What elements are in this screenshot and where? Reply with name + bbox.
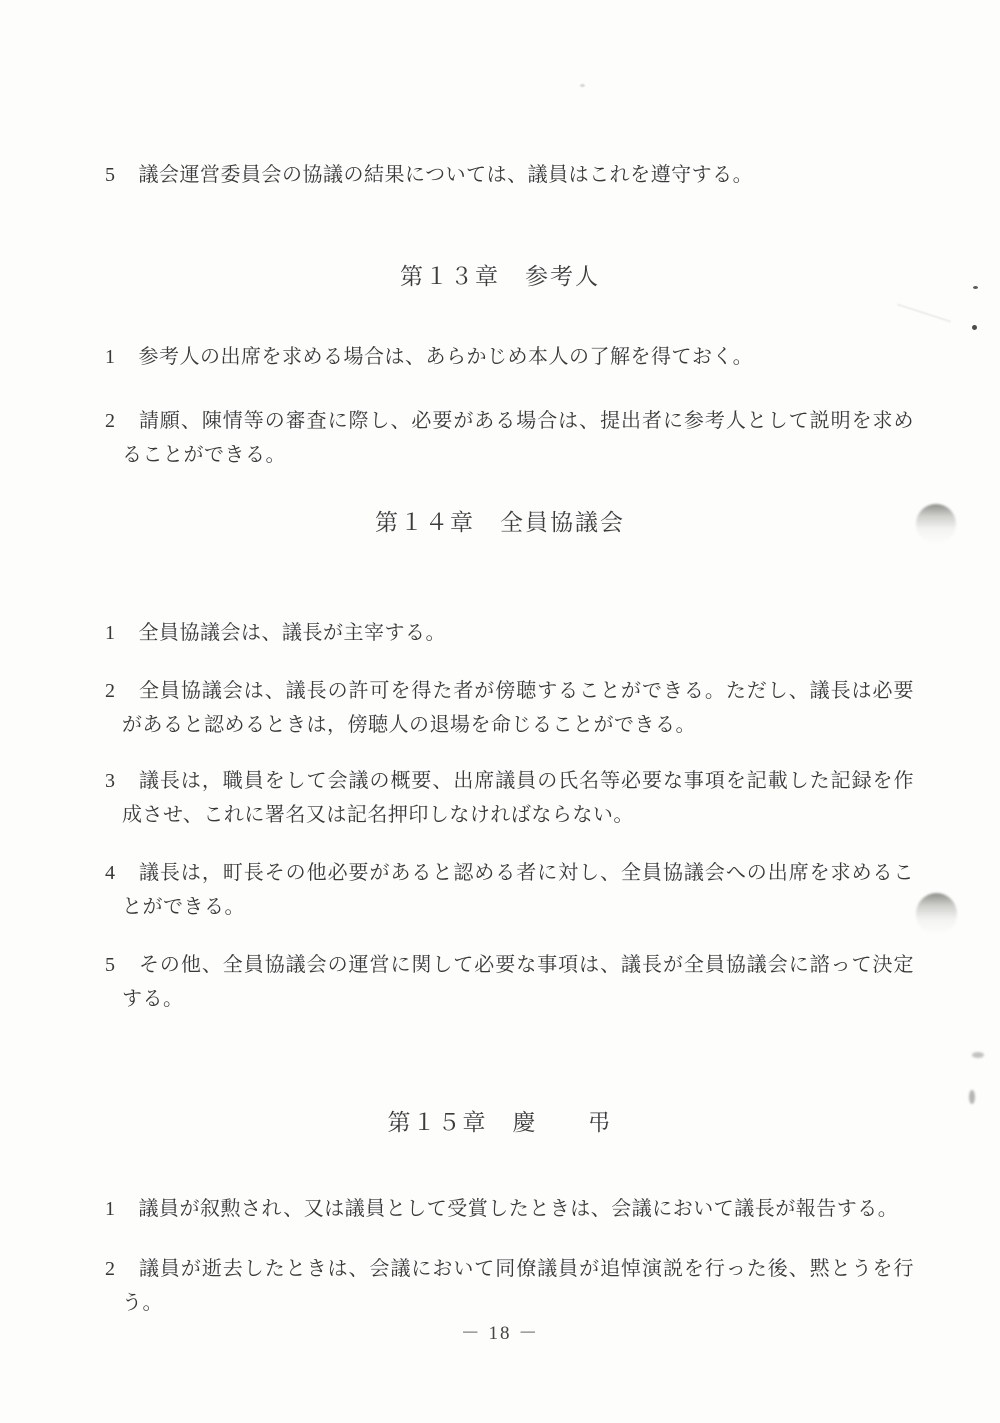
punch-hole-shadow-top: [916, 504, 956, 544]
scan-speck: [972, 325, 977, 330]
scan-speck: [580, 84, 585, 87]
item-text: その他、全員協議会の運営に関して必要な事項は、議長が全員協議会に諮って決定する。: [122, 954, 914, 1010]
item-number: 1: [105, 622, 116, 644]
paragraph-ch15-item2: 2議員が逝去したときは、会議において同僚議員が追悼演説を行った後、黙とうを行う。: [105, 1252, 914, 1320]
item-number: 3: [105, 770, 116, 792]
chapter-14-title: 第１４章 全員協議会: [0, 504, 1000, 537]
item-number: 1: [105, 1198, 116, 1220]
paragraph-ch15-item1: 1議員が叙勲され、又は議員として受賞したときは、会議において議長が報告する。: [105, 1192, 914, 1226]
chapter-15-title: 第１５章 慶 弔: [0, 1104, 1000, 1137]
scan-smudge: [972, 1052, 984, 1058]
page-number: － 18 －: [0, 1318, 1000, 1345]
item-number: 5: [105, 164, 116, 186]
item-text: 参考人の出席を求める場合は、あらかじめ本人の了解を得ておく。: [139, 346, 754, 368]
item-text: 議長は，町長その他必要があると認める者に対し、全員協議会への出席を求めることがで…: [122, 862, 914, 918]
item-text: 全員協議会は、議長の許可を得た者が傍聴することができる。ただし、議長は必要がある…: [122, 680, 914, 736]
paragraph-ch14-item3: 3議長は，職員をして会議の概要、出席議員の氏名等必要な事項を記載した記録を作成さ…: [105, 764, 914, 832]
punch-hole-shadow-bottom: [916, 893, 957, 935]
item-text: 議員が逝去したときは、会議において同僚議員が追悼演説を行った後、黙とうを行う。: [122, 1258, 914, 1314]
item-text: 議会運営委員会の協議の結果については、議員はこれを遵守する。: [139, 164, 754, 186]
paragraph-ch14-item1: 1全員協議会は、議長が主宰する。: [105, 616, 914, 650]
item-text: 請願、陳情等の審査に際し、必要がある場合は、提出者に参考人として説明を求めること…: [122, 410, 914, 466]
paragraph-ch13-item1: 1参考人の出席を求める場合は、あらかじめ本人の了解を得ておく。: [105, 340, 914, 374]
item-text: 全員協議会は、議長が主宰する。: [139, 622, 447, 644]
item-text: 議長は，職員をして会議の概要、出席議員の氏名等必要な事項を記載した記録を作成させ…: [122, 770, 914, 826]
scan-speck: [973, 286, 978, 289]
item-number: 2: [105, 1258, 116, 1280]
paragraph-leading-item: 5議会運営委員会の協議の結果については、議員はこれを遵守する。: [105, 158, 914, 192]
item-number: 5: [105, 954, 116, 976]
paragraph-ch14-item2: 2全員協議会は、議長の許可を得た者が傍聴することができる。ただし、議長は必要があ…: [105, 674, 914, 742]
item-number: 1: [105, 346, 116, 368]
item-number: 4: [105, 862, 116, 884]
paragraph-ch14-item4: 4議長は，町長その他必要があると認める者に対し、全員協議会への出席を求めることが…: [105, 856, 914, 924]
chapter-13-title: 第１３章 参考人: [0, 258, 1000, 291]
scanned-document-page: 5議会運営委員会の協議の結果については、議員はこれを遵守する。 第１３章 参考人…: [0, 0, 1000, 1423]
scan-smudge: [969, 1090, 975, 1104]
item-text: 議員が叙勲され、又は議員として受賞したときは、会議において議長が報告する。: [139, 1198, 899, 1220]
item-number: 2: [105, 680, 116, 702]
scan-scratch: [897, 303, 951, 322]
paragraph-ch13-item2: 2請願、陳情等の審査に際し、必要がある場合は、提出者に参考人として説明を求めるこ…: [105, 404, 914, 472]
paragraph-ch14-item5: 5その他、全員協議会の運営に関して必要な事項は、議長が全員協議会に諮って決定する…: [105, 948, 914, 1016]
item-number: 2: [105, 410, 116, 432]
